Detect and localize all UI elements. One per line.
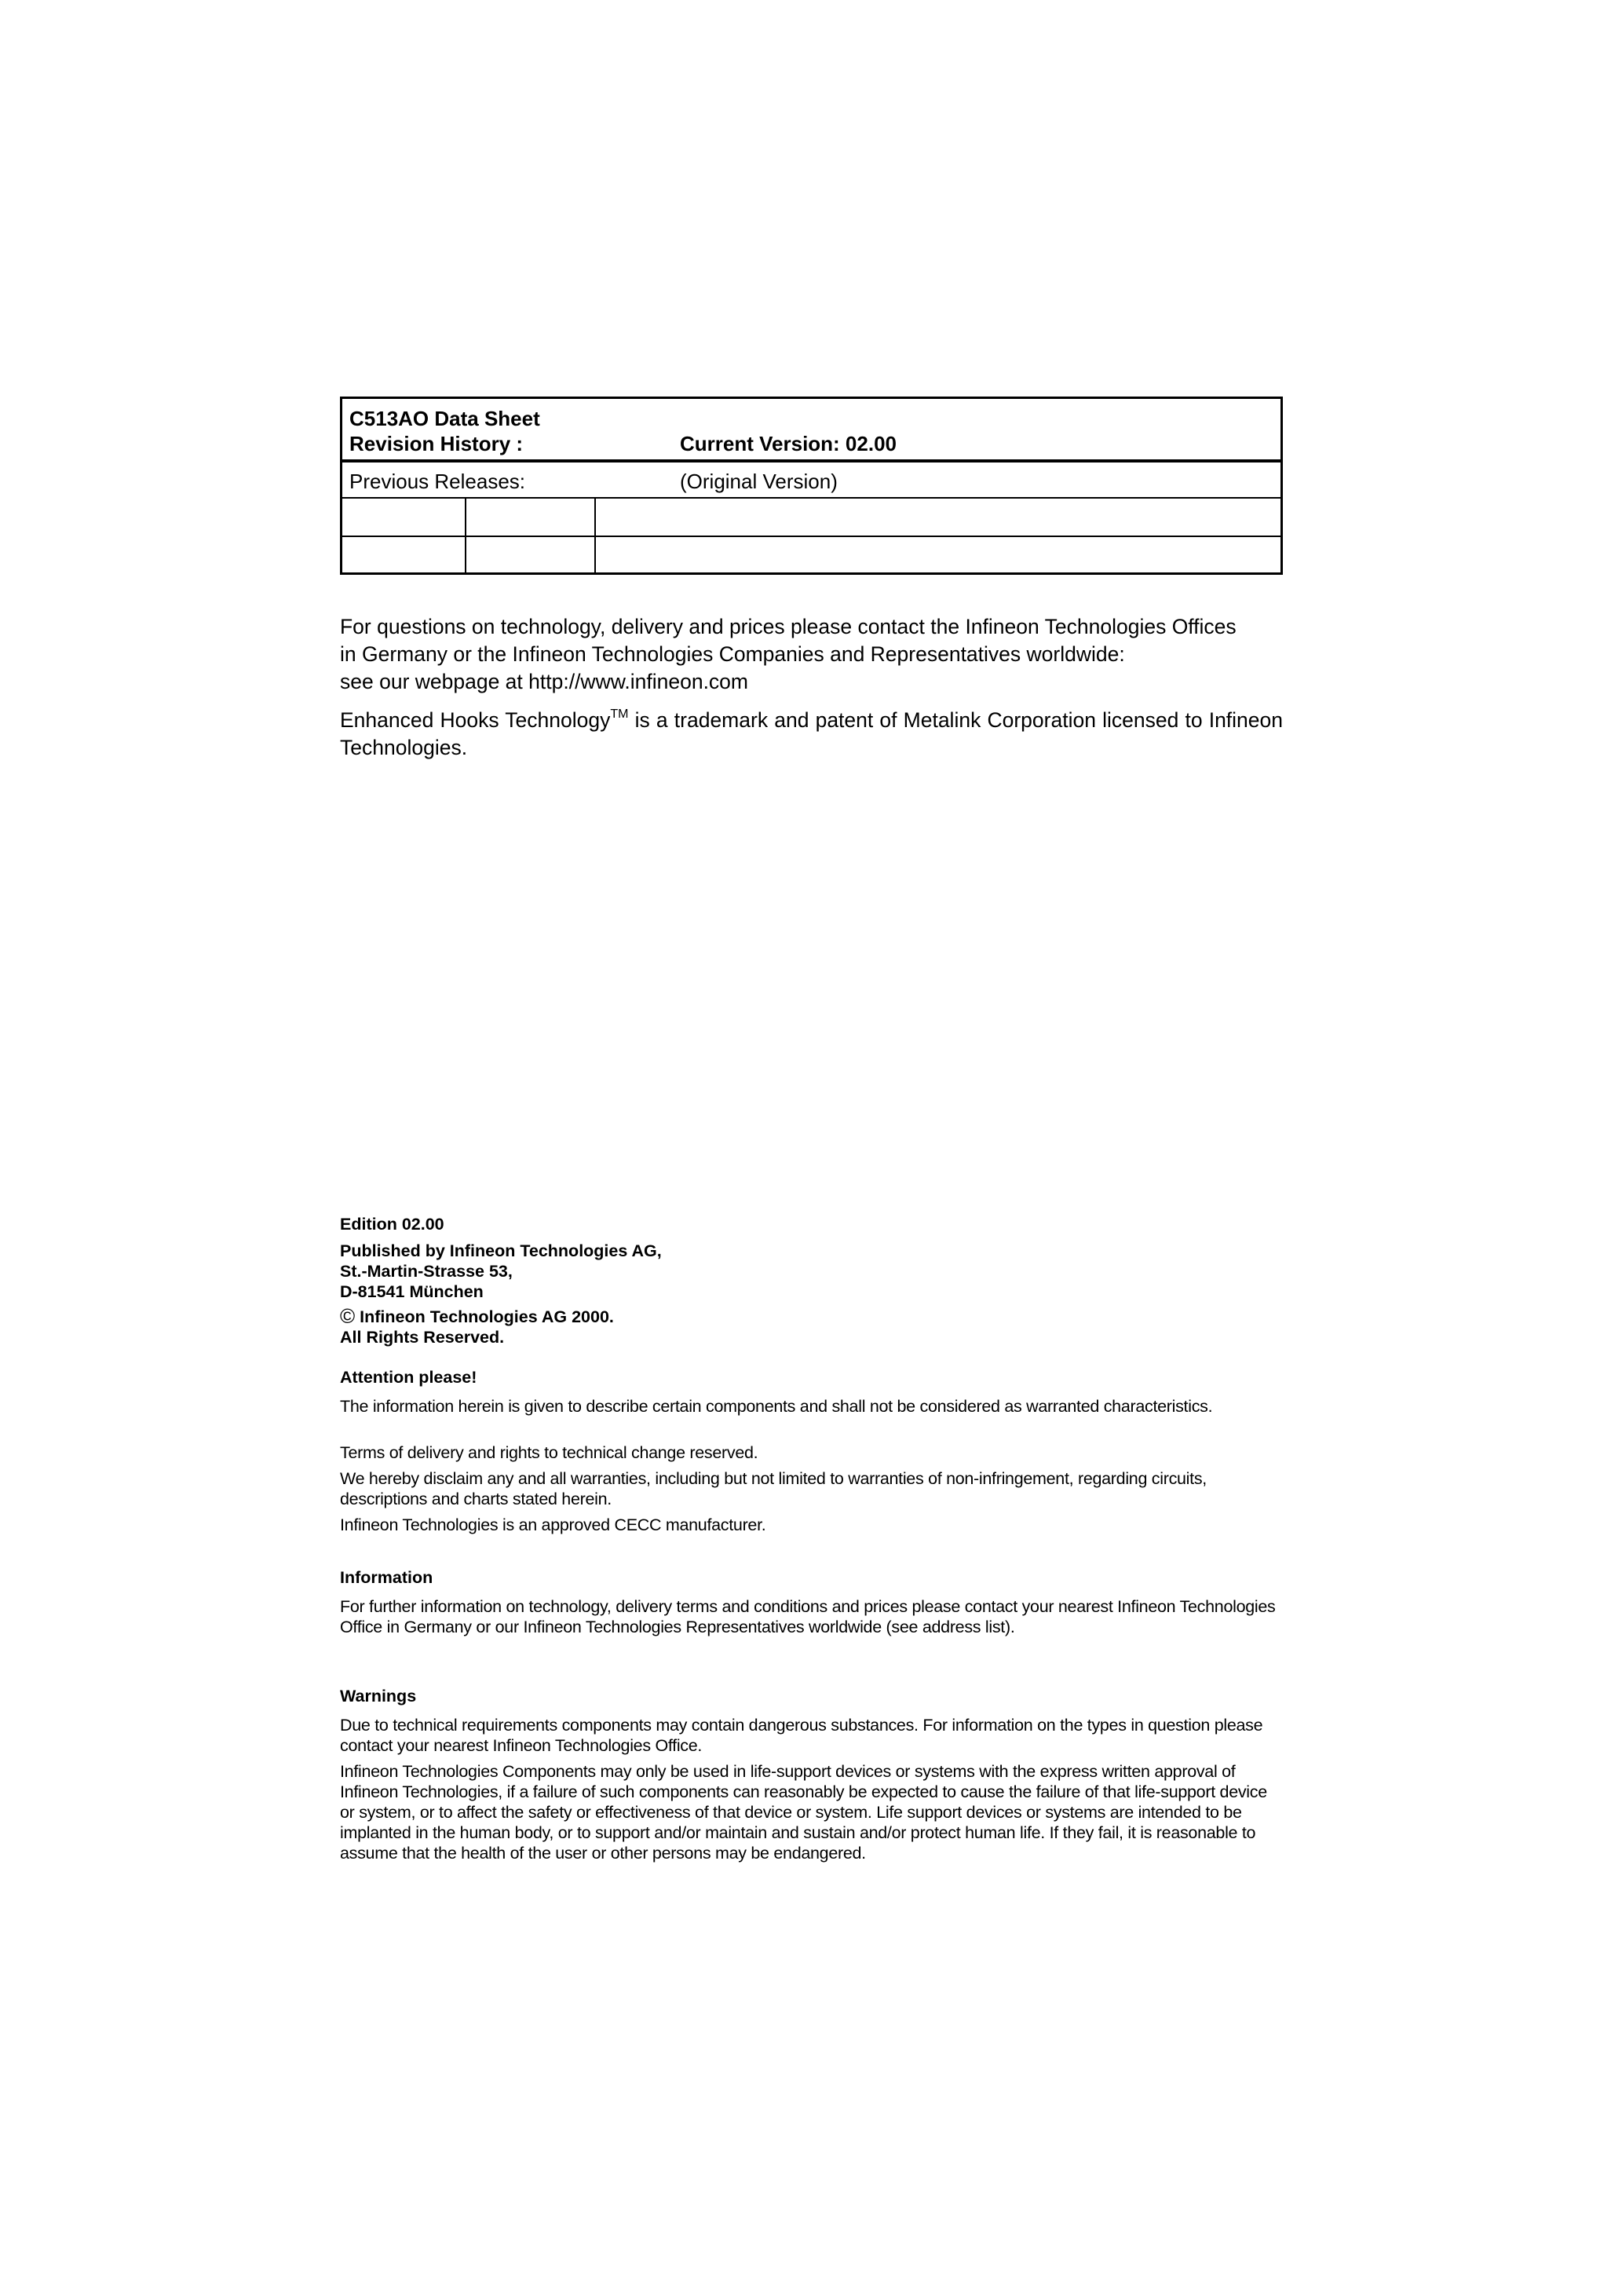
publisher-name: Published by Infineon Technologies AG, (340, 1241, 1283, 1261)
contact-line-1: For questions on technology, delivery an… (340, 613, 1283, 641)
revision-table-header: C513AO Data Sheet Revision History : Cur… (342, 399, 1280, 462)
contact-paragraph: For questions on technology, delivery an… (340, 613, 1283, 696)
datasheet-title: C513AO Data Sheet (349, 407, 540, 431)
table-cell (342, 537, 466, 572)
warnings-paragraph-1: Due to technical requirements components… (340, 1715, 1283, 1756)
information-heading: Information (340, 1567, 1283, 1588)
table-cell (596, 499, 1280, 536)
warnings-heading: Warnings (340, 1686, 1283, 1706)
warnings-paragraph-2: Infineon Technologies Components may onl… (340, 1761, 1283, 1863)
previous-releases-label: Previous Releases: (349, 470, 525, 494)
information-paragraph: For further information on technology, d… (340, 1596, 1283, 1637)
previous-releases-row: Previous Releases: (Original Version) (342, 462, 1280, 499)
copyright-text: Infineon Technologies AG 2000. (355, 1307, 614, 1326)
publisher-block: Published by Infineon Technologies AG, S… (340, 1241, 1283, 1302)
table-cell (596, 537, 1280, 572)
copyright-block: © Infineon Technologies AG 2000. All Rig… (340, 1306, 1283, 1347)
publisher-city: D-81541 München (340, 1281, 1283, 1302)
publisher-street: St.-Martin-Strasse 53, (340, 1261, 1283, 1281)
revision-history-table: C513AO Data Sheet Revision History : Cur… (340, 397, 1283, 575)
trademark-superscript: TM (610, 707, 628, 721)
edition: Edition 02.00 (340, 1214, 1283, 1234)
current-version: Current Version: 02.00 (680, 432, 897, 456)
attention-paragraph-3: We hereby disclaim any and all warrantie… (340, 1468, 1283, 1509)
table-cell (466, 537, 596, 572)
previous-releases-value: (Original Version) (680, 470, 838, 494)
attention-paragraph-2: Terms of delivery and rights to technica… (340, 1442, 1283, 1463)
attention-paragraph-1: The information herein is given to descr… (340, 1396, 1283, 1417)
table-cell (342, 499, 466, 536)
revision-history-label: Revision History : (349, 432, 523, 456)
attention-heading: Attention please! (340, 1367, 1283, 1387)
table-row (342, 499, 1280, 536)
attention-paragraph-4: Infineon Technologies is an approved CEC… (340, 1515, 1283, 1535)
rights-reserved: All Rights Reserved. (340, 1327, 1283, 1347)
trademark-paragraph: Enhanced Hooks TechnologyTM is a tradema… (340, 707, 1283, 762)
contact-line-3: see our webpage at http://www.infineon.c… (340, 668, 1283, 696)
contact-line-2: in Germany or the Infineon Technologies … (340, 641, 1283, 668)
table-cell (466, 499, 596, 536)
table-row (342, 536, 1280, 572)
trademark-prefix: Enhanced Hooks Technology (340, 708, 610, 732)
copyright-icon: © (340, 1304, 355, 1328)
